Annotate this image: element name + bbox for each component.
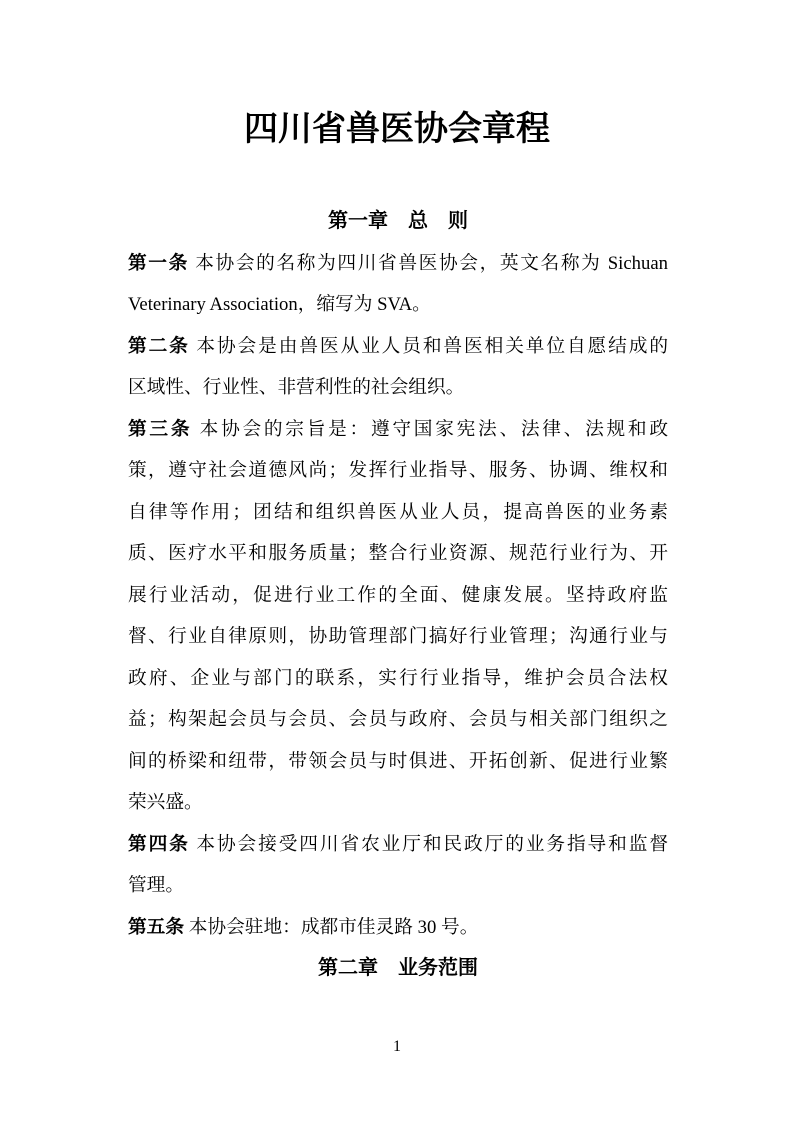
body-line: 荣兴盛。	[128, 782, 668, 824]
body-line: 区域性、行业性、非营利性的社会组织。	[128, 367, 668, 409]
line-text: 本协会接受四川省农业厅和民政厅的业务指导和监督	[196, 834, 668, 855]
line-text: 本协会的名称为四川省兽医协会，英文名称为 Sichuan	[195, 253, 668, 274]
page-number: 1	[0, 1037, 794, 1057]
line-text: 本协会是由兽医从业人员和兽医相关单位自愿结成的	[196, 336, 668, 357]
body-line: 益；构架起会员与会员、会员与政府、会员与相关部门组织之	[128, 699, 668, 741]
articles-container: 第一条 本协会的名称为四川省兽医协会，英文名称为 SichuanVeterina…	[128, 243, 668, 949]
body-line: 策，遵守社会道德风尚；发挥行业指导、服务、协调、维权和	[128, 450, 668, 492]
body-line: 政府、企业与部门的联系，实行行业指导，维护会员合法权	[128, 658, 668, 700]
article-label: 第一条	[128, 253, 189, 274]
line-text: 本协会驻地：成都市佳灵路 30 号。	[189, 917, 479, 938]
body-line: 自律等作用；团结和组织兽医从业人员，提高兽医的业务素	[128, 492, 668, 534]
document-title: 四川省兽医协会章程	[0, 108, 794, 152]
body-line: 第一条 本协会的名称为四川省兽医协会，英文名称为 Sichuan	[128, 243, 668, 285]
document-page: 四川省兽医协会章程 第一章 总 则 第一条 本协会的名称为四川省兽医协会，英文名…	[0, 0, 794, 1123]
article-label: 第二条	[128, 336, 190, 357]
article-label: 第三条	[128, 419, 192, 440]
article-label: 第四条	[128, 834, 190, 855]
body-line: 展行业活动，促进行业工作的全面、健康发展。坚持政府监	[128, 575, 668, 617]
body-line: 管理。	[128, 865, 668, 907]
body-line: Veterinary Association，缩写为 SVA。	[128, 284, 668, 326]
body-line: 间的桥梁和纽带，带领会员与时俱进、开拓创新、促进行业繁	[128, 741, 668, 783]
document-body: 第一章 总 则 第一条 本协会的名称为四川省兽医协会，英文名称为 Sichuan…	[128, 201, 668, 990]
body-line: 督、行业自律原则，协助管理部门搞好行业管理；沟通行业与	[128, 616, 668, 658]
line-text: 本协会的宗旨是：遵守国家宪法、法律、法规和政	[200, 419, 668, 440]
article-label: 第五条	[128, 917, 184, 938]
body-line: 质、医疗水平和服务质量；整合行业资源、规范行业行为、开	[128, 533, 668, 575]
body-line: 第四条 本协会接受四川省农业厅和民政厅的业务指导和监督	[128, 824, 668, 866]
body-line: 第三条 本协会的宗旨是：遵守国家宪法、法律、法规和政	[128, 409, 668, 451]
chapter-2-heading: 第二章 业务范围	[128, 948, 668, 990]
body-line: 第五条 本协会驻地：成都市佳灵路 30 号。	[128, 907, 668, 949]
body-line: 第二条 本协会是由兽医从业人员和兽医相关单位自愿结成的	[128, 326, 668, 368]
chapter-1-heading: 第一章 总 则	[128, 201, 668, 243]
